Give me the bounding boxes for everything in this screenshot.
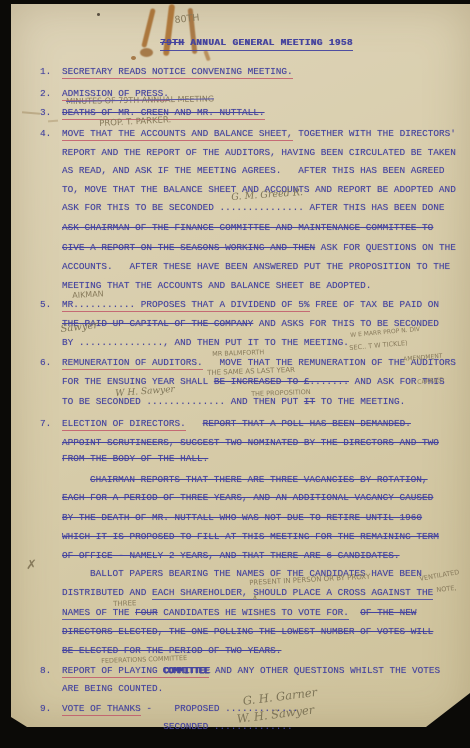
handwritten-annotation: AIKMAN [72,289,104,300]
handwritten-annotation: SEC.. T W TICKLE) [349,339,408,352]
handwritten-annotation: MINUTES OF 79TH ANNUAL MEETING [66,94,214,106]
handwritten-annotation: 80TH [174,12,200,26]
handwritten-annotation: FEDERATIONS COMMITTEE [101,654,187,665]
handwritten-annotation: THE PROPOSITION [251,388,311,398]
handwritten-annotation: THE SAME AS LAST YEAR [207,366,295,377]
handwritten-annotation: ✗ [26,558,37,573]
annotations-layer: 80THMINUTES OF 79TH ANNUAL MEETINGPROP. … [0,0,470,748]
handwritten-annotation: THREE [113,599,137,608]
handwritten-annotation: PROP. T. PARKER. [99,115,172,129]
handwritten-annotation: NOTE, [436,584,457,594]
handwritten-annotation: CARRIED [417,377,444,386]
handwritten-annotation: W E MARR PROP N. DIV [350,326,420,339]
handwritten-annotation: G. M. Greed R. [231,187,303,203]
handwritten-annotation: Sawyer [60,320,99,335]
handwritten-annotation: MR BALMFORTH [212,348,264,358]
handwritten-annotation: W H. Sawyer [115,385,175,399]
handwritten-annotation: ∧ [252,593,258,602]
handwritten-annotation: AMENDMENT [403,353,443,363]
scanned-document: 79TH ANNUAL GENERAL MEETING 19581.SECRET… [0,0,470,748]
handwritten-annotation: VENTILATED [419,568,460,583]
handwritten-annotation: PRESENT IN PERSON OR BY PROXY [249,573,371,587]
